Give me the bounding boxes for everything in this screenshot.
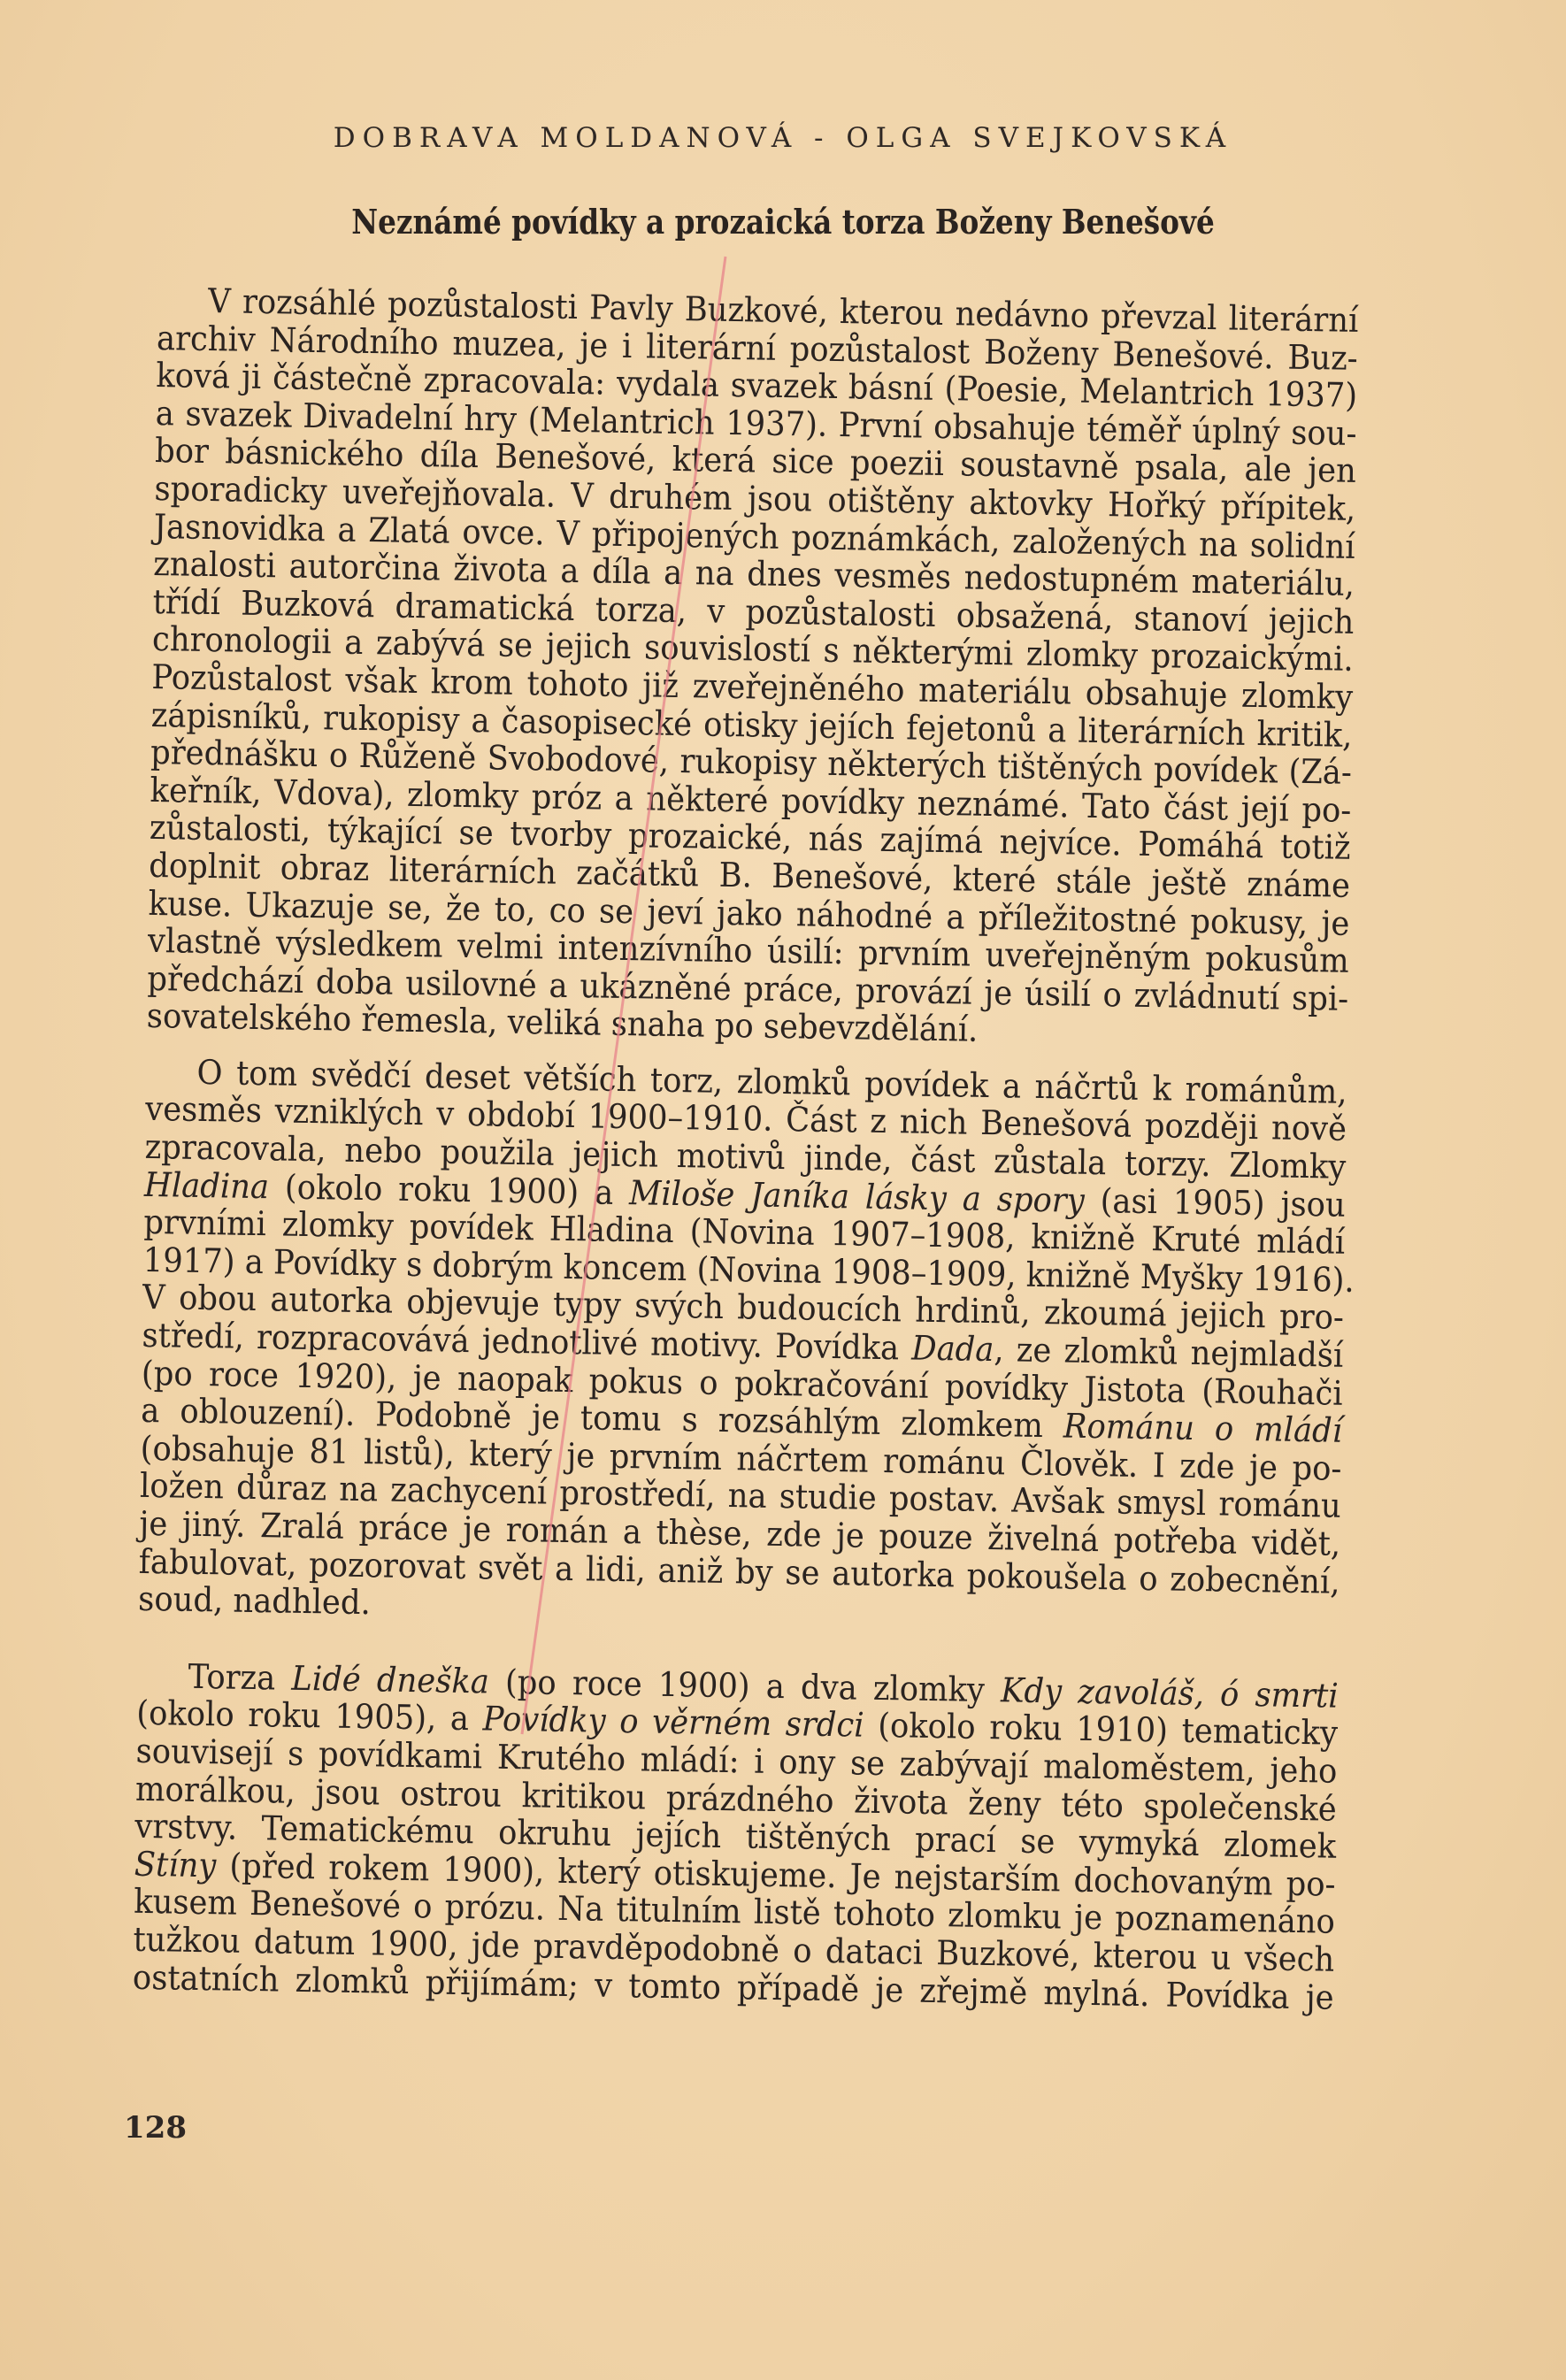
paragraph-1: V rozsáhlé pozůstalosti Pavly Buzkové, k… bbox=[147, 281, 1359, 1056]
article-body: V rozsáhlé pozůstalosti Pavly Buzkové, k… bbox=[133, 281, 1359, 2016]
page-number: 128 bbox=[124, 2110, 187, 2146]
document-page: DOBRAVA MOLDANOVÁ - OLGA SVEJKOVSKÁ Nezn… bbox=[0, 0, 1566, 2380]
article-title: Neznámé povídky a prozaická torza Boženy… bbox=[110, 202, 1456, 242]
paragraph-2: O tom svědčí deset větších torz, zlomků … bbox=[138, 1053, 1347, 1639]
authors-line: DOBRAVA MOLDANOVÁ - OLGA SVEJKOVSKÁ bbox=[0, 122, 1566, 154]
paragraph-3: Torza Lidé dneška (po roce 1900) a dva z… bbox=[133, 1657, 1339, 2016]
